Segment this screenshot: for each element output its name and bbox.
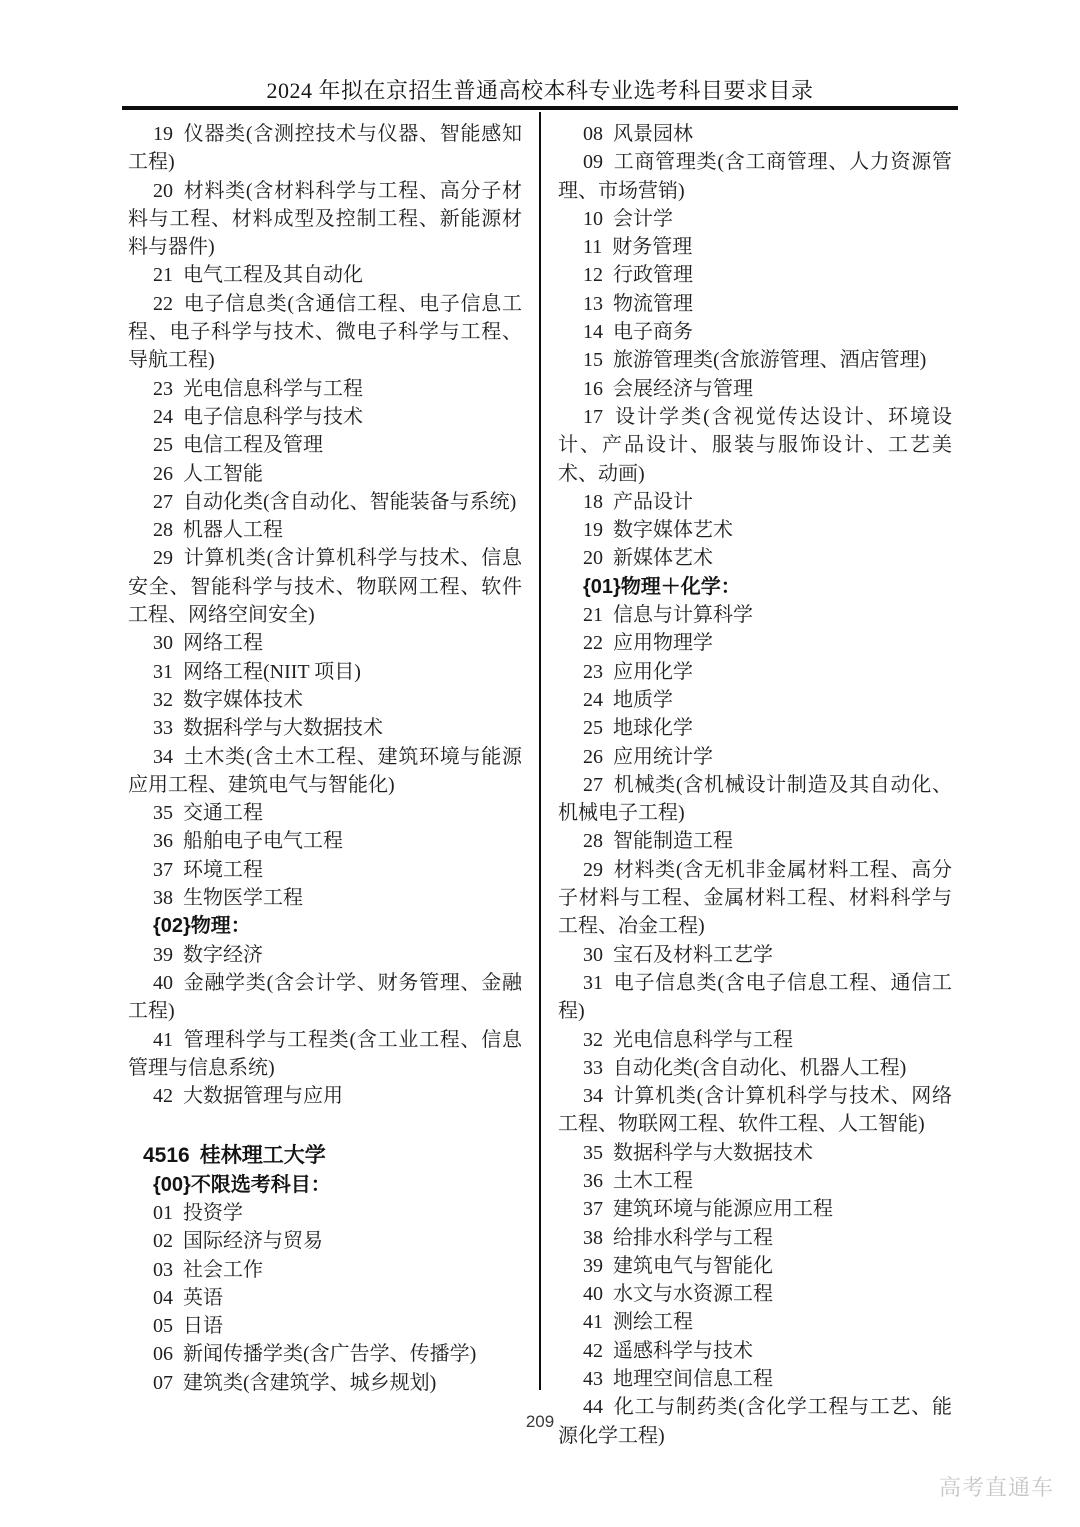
major-name: 光电信息科学与工程 (613, 1029, 793, 1051)
major-name: 数字媒体艺术 (613, 519, 733, 541)
major-name: 日语 (183, 1315, 223, 1337)
major-name: 计算机类(含计算机科学与技术、网络工程、物联网工程、软件工程、人工智能) (558, 1085, 952, 1135)
major-item: 21电气工程及其自动化 (128, 261, 522, 289)
major-number: 09 (583, 151, 603, 173)
university-name: 桂林理工大学 (200, 1144, 326, 1167)
major-number: 28 (153, 519, 173, 541)
page-title: 2024 年拟在京招生普通高校本科专业选考科目要求目录 (0, 74, 1080, 105)
major-item: 29计算机类(含计算机科学与技术、信息安全、智能科学与技术、物联网工程、软件工程… (128, 544, 522, 629)
major-number: 33 (153, 717, 173, 739)
major-number: 04 (153, 1287, 173, 1309)
major-name: 行政管理 (613, 264, 693, 286)
major-item: 40水文与水资源工程 (558, 1280, 952, 1308)
major-number: 31 (153, 661, 173, 683)
major-number: 15 (583, 349, 603, 371)
major-number: 23 (583, 661, 603, 683)
major-number: 12 (583, 264, 603, 286)
major-name: 金融学类(含会计学、财务管理、金融工程) (128, 972, 522, 1022)
major-number: 27 (583, 774, 603, 796)
major-number: 35 (153, 802, 173, 824)
major-number: 40 (153, 972, 173, 994)
major-number: 24 (583, 689, 603, 711)
major-number: 32 (583, 1029, 603, 1051)
major-item: 32光电信息科学与工程 (558, 1026, 952, 1054)
major-name: 电子商务 (613, 321, 693, 343)
major-number: 38 (583, 1227, 603, 1249)
major-item: 11财务管理 (558, 233, 952, 261)
major-item: 37环境工程 (128, 856, 522, 884)
major-item: 03社会工作 (128, 1256, 522, 1284)
major-number: 30 (153, 632, 173, 654)
major-item: 35数据科学与大数据技术 (558, 1139, 952, 1167)
subject-group-label: {01}物理＋化学： (583, 576, 741, 598)
major-number: 35 (583, 1142, 603, 1164)
major-name: 投资学 (183, 1202, 243, 1224)
major-name: 电子信息类(含通信工程、电子信息工程、电子科学与技术、微电子科学与工程、导航工程… (128, 293, 522, 372)
major-number: 23 (153, 378, 173, 400)
major-item: 38给排水科学与工程 (558, 1224, 952, 1252)
major-number: 43 (583, 1368, 603, 1390)
major-item: 24电子信息科学与技术 (128, 403, 522, 431)
major-name: 设计学类(含视觉传达设计、环境设计、产品设计、服装与服饰设计、工艺美术、动画) (558, 406, 952, 485)
major-item: 09工商管理类(含工商管理、人力资源管理、市场营销) (558, 148, 952, 205)
major-name: 水文与水资源工程 (613, 1283, 773, 1305)
major-name: 应用统计学 (613, 746, 713, 768)
major-name: 计算机类(含计算机科学与技术、信息安全、智能科学与技术、物联网工程、软件工程、网… (128, 547, 522, 626)
major-item: 38生物医学工程 (128, 884, 522, 912)
major-name: 光电信息科学与工程 (183, 378, 363, 400)
major-number: 40 (583, 1283, 603, 1305)
major-name: 社会工作 (183, 1259, 263, 1281)
major-item: 23应用化学 (558, 658, 952, 686)
major-item: 19数字媒体艺术 (558, 516, 952, 544)
major-item: 42遥感科学与技术 (558, 1337, 952, 1365)
major-name: 自动化类(含自动化、智能装备与系统) (183, 491, 516, 513)
major-item: 06新闻传播学类(含广告学、传播学) (128, 1340, 522, 1368)
major-item: 02国际经济与贸易 (128, 1227, 522, 1255)
major-item: 39建筑电气与智能化 (558, 1252, 952, 1280)
university-heading: 4516桂林理工大学 (128, 1142, 522, 1170)
major-number: 02 (153, 1230, 173, 1252)
major-item: 13物流管理 (558, 290, 952, 318)
major-name: 生物医学工程 (183, 887, 303, 909)
major-item: 10会计学 (558, 205, 952, 233)
major-number: 39 (583, 1255, 603, 1277)
major-name: 宝石及材料工艺学 (613, 944, 773, 966)
major-name: 网络工程(NIIT 项目) (183, 661, 361, 683)
major-name: 遥感科学与技术 (613, 1340, 753, 1362)
major-number: 16 (583, 378, 603, 400)
major-number: 13 (583, 293, 603, 315)
major-item: 31网络工程(NIIT 项目) (128, 658, 522, 686)
major-item: 28机器人工程 (128, 516, 522, 544)
major-name: 新闻传播学类(含广告学、传播学) (183, 1343, 476, 1365)
column-right: 08风景园林09工商管理类(含工商管理、人力资源管理、市场营销)10会计学11财… (558, 120, 952, 1450)
major-name: 大数据管理与应用 (183, 1085, 343, 1107)
major-number: 22 (583, 632, 603, 654)
major-name: 产品设计 (613, 491, 693, 513)
major-number: 42 (583, 1340, 603, 1362)
major-name: 电子信息科学与技术 (183, 406, 363, 428)
page-number: 209 (0, 1412, 1080, 1432)
major-item: 31电子信息类(含电子信息工程、通信工程) (558, 969, 952, 1026)
major-name: 土木类(含土木工程、建筑环境与能源应用工程、建筑电气与智能化) (128, 746, 522, 796)
major-name: 机器人工程 (183, 519, 283, 541)
major-item: 04英语 (128, 1284, 522, 1312)
major-name: 自动化类(含自动化、机器人工程) (613, 1057, 906, 1079)
major-item: 27自动化类(含自动化、智能装备与系统) (128, 488, 522, 516)
column-divider (539, 112, 541, 1390)
major-item: 24地质学 (558, 686, 952, 714)
major-item: 14电子商务 (558, 318, 952, 346)
major-number: 42 (153, 1085, 173, 1107)
major-name: 船舶电子电气工程 (183, 830, 343, 852)
major-number: 22 (153, 293, 173, 315)
major-item: 25电信工程及管理 (128, 431, 522, 459)
major-item: 16会展经济与管理 (558, 375, 952, 403)
major-number: 14 (583, 321, 603, 343)
major-item: 05日语 (128, 1312, 522, 1340)
major-name: 材料类(含无机非金属材料工程、高分子材料与工程、金属材料工程、材料科学与工程、冶… (558, 859, 952, 938)
major-name: 财务管理 (612, 236, 692, 258)
major-name: 数据科学与大数据技术 (613, 1142, 813, 1164)
major-item: 42大数据管理与应用 (128, 1082, 522, 1110)
major-name: 建筑环境与能源应用工程 (613, 1198, 833, 1220)
major-number: 31 (583, 972, 603, 994)
major-name: 建筑电气与智能化 (613, 1255, 773, 1277)
major-name: 会计学 (613, 208, 673, 230)
major-item: 18产品设计 (558, 488, 952, 516)
major-name: 交通工程 (183, 802, 263, 824)
major-item: 41管理科学与工程类(含工业工程、信息管理与信息系统) (128, 1026, 522, 1083)
major-item: 33自动化类(含自动化、机器人工程) (558, 1054, 952, 1082)
major-item: 37建筑环境与能源应用工程 (558, 1195, 952, 1223)
watermark: 高考直通车 (939, 1471, 1054, 1502)
major-number: 25 (583, 717, 603, 739)
major-name: 电子信息类(含电子信息工程、通信工程) (558, 972, 952, 1022)
major-number: 19 (583, 519, 603, 541)
major-number: 30 (583, 944, 603, 966)
major-name: 智能制造工程 (613, 830, 733, 852)
major-name: 工商管理类(含工商管理、人力资源管理、市场营销) (558, 151, 952, 201)
major-number: 07 (153, 1372, 173, 1394)
major-name: 地球化学 (613, 717, 693, 739)
major-name: 数字媒体技术 (183, 689, 303, 711)
major-number: 32 (153, 689, 173, 711)
major-name: 地质学 (613, 689, 673, 711)
major-number: 41 (153, 1029, 173, 1051)
major-name: 新媒体艺术 (613, 547, 713, 569)
major-number: 36 (583, 1170, 603, 1192)
major-item: 40金融学类(含会计学、财务管理、金融工程) (128, 969, 522, 1026)
major-name: 应用化学 (613, 661, 693, 683)
major-item: 20新媒体艺术 (558, 544, 952, 572)
major-number: 34 (583, 1085, 603, 1107)
major-name: 旅游管理类(含旅游管理、酒店管理) (613, 349, 926, 371)
major-number: 29 (583, 859, 603, 881)
major-number: 39 (153, 944, 173, 966)
major-item: 43地理空间信息工程 (558, 1365, 952, 1393)
major-name: 英语 (183, 1287, 223, 1309)
major-item: 33数据科学与大数据技术 (128, 714, 522, 742)
major-number: 10 (583, 208, 603, 230)
major-name: 网络工程 (183, 632, 263, 654)
major-name: 数字经济 (183, 944, 263, 966)
major-item: 27机械类(含机械设计制造及其自动化、机械电子工程) (558, 771, 952, 828)
major-name: 电气工程及其自动化 (183, 264, 363, 286)
major-number: 26 (153, 463, 173, 485)
major-number: 01 (153, 1202, 173, 1224)
major-number: 06 (153, 1343, 173, 1365)
major-name: 风景园林 (613, 123, 693, 145)
major-name: 地理空间信息工程 (613, 1368, 773, 1390)
subject-group-heading: {01}物理＋化学： (558, 573, 952, 601)
major-number: 25 (153, 434, 173, 456)
major-item: 07建筑类(含建筑学、城乡规划) (128, 1369, 522, 1397)
major-number: 26 (583, 746, 603, 768)
major-item: 26人工智能 (128, 460, 522, 488)
major-number: 17 (583, 406, 603, 428)
major-number: 03 (153, 1259, 173, 1281)
major-number: 24 (153, 406, 173, 428)
subject-group-heading: {00}不限选考科目： (128, 1171, 522, 1199)
major-number: 21 (153, 264, 173, 286)
major-number: 28 (583, 830, 603, 852)
major-item: 17设计学类(含视觉传达设计、环境设计、产品设计、服装与服饰设计、工艺美术、动画… (558, 403, 952, 488)
major-number: 37 (583, 1198, 603, 1220)
major-name: 人工智能 (183, 463, 263, 485)
major-name: 机械类(含机械设计制造及其自动化、机械电子工程) (558, 774, 952, 824)
major-name: 电信工程及管理 (183, 434, 323, 456)
major-name: 物流管理 (613, 293, 693, 315)
major-number: 20 (153, 180, 173, 202)
major-item: 26应用统计学 (558, 743, 952, 771)
major-item: 23光电信息科学与工程 (128, 375, 522, 403)
major-number: 29 (153, 547, 173, 569)
subject-group-label: {02}物理： (153, 915, 251, 937)
column-left: 19仪器类(含测控技术与仪器、智能感知工程)20材料类(含材料科学与工程、高分子… (128, 120, 522, 1397)
major-number: 36 (153, 830, 173, 852)
major-name: 应用物理学 (613, 632, 713, 654)
major-number: 37 (153, 859, 173, 881)
major-name: 测绘工程 (613, 1311, 693, 1333)
major-item: 12行政管理 (558, 261, 952, 289)
major-number: 33 (583, 1057, 603, 1079)
major-number: 19 (153, 123, 173, 145)
document-page: 2024 年拟在京招生普通高校本科专业选考科目要求目录 19仪器类(含测控技术与… (0, 0, 1080, 1527)
major-name: 信息与计算科学 (613, 604, 753, 626)
major-name: 建筑类(含建筑学、城乡规划) (183, 1372, 436, 1394)
major-number: 18 (583, 491, 603, 513)
major-number: 11 (583, 236, 602, 258)
major-name: 国际经济与贸易 (183, 1230, 323, 1252)
major-name: 环境工程 (183, 859, 263, 881)
major-item: 22应用物理学 (558, 629, 952, 657)
major-item: 30网络工程 (128, 629, 522, 657)
major-number: 08 (583, 123, 603, 145)
header-rule (122, 106, 958, 110)
major-name: 土木工程 (613, 1170, 693, 1192)
major-item: 30宝石及材料工艺学 (558, 941, 952, 969)
major-number: 34 (153, 746, 173, 768)
major-number: 20 (583, 547, 603, 569)
major-item: 36土木工程 (558, 1167, 952, 1195)
major-item: 35交通工程 (128, 799, 522, 827)
major-name: 给排水科学与工程 (613, 1227, 773, 1249)
major-item: 20材料类(含材料科学与工程、高分子材料与工程、材料成型及控制工程、新能源材料与… (128, 177, 522, 262)
major-number: 21 (583, 604, 603, 626)
major-item: 19仪器类(含测控技术与仪器、智能感知工程) (128, 120, 522, 177)
major-item: 08风景园林 (558, 120, 952, 148)
major-item: 32数字媒体技术 (128, 686, 522, 714)
major-item: 34计算机类(含计算机科学与技术、网络工程、物联网工程、软件工程、人工智能) (558, 1082, 952, 1139)
major-item: 41测绘工程 (558, 1308, 952, 1336)
major-item: 15旅游管理类(含旅游管理、酒店管理) (558, 346, 952, 374)
subject-group-heading: {02}物理： (128, 912, 522, 940)
major-number: 27 (153, 491, 173, 513)
major-number: 05 (153, 1315, 173, 1337)
major-item: 01投资学 (128, 1199, 522, 1227)
major-item: 39数字经济 (128, 941, 522, 969)
major-name: 管理科学与工程类(含工业工程、信息管理与信息系统) (128, 1029, 522, 1079)
major-item: 25地球化学 (558, 714, 952, 742)
major-name: 数据科学与大数据技术 (183, 717, 383, 739)
major-item: 34土木类(含土木工程、建筑环境与能源应用工程、建筑电气与智能化) (128, 743, 522, 800)
subject-group-label: {00}不限选考科目： (153, 1174, 331, 1196)
major-name: 会展经济与管理 (613, 378, 753, 400)
university-code: 4516 (143, 1144, 190, 1167)
major-item: 22电子信息类(含通信工程、电子信息工程、电子科学与技术、微电子科学与工程、导航… (128, 290, 522, 375)
major-item: 36船舶电子电气工程 (128, 827, 522, 855)
major-item: 28智能制造工程 (558, 827, 952, 855)
major-name: 仪器类(含测控技术与仪器、智能感知工程) (128, 123, 522, 173)
major-item: 21信息与计算科学 (558, 601, 952, 629)
major-number: 41 (583, 1311, 603, 1333)
major-item: 29材料类(含无机非金属材料工程、高分子材料与工程、金属材料工程、材料科学与工程… (558, 856, 952, 941)
major-number: 38 (153, 887, 173, 909)
major-name: 材料类(含材料科学与工程、高分子材料与工程、材料成型及控制工程、新能源材料与器件… (128, 180, 522, 259)
